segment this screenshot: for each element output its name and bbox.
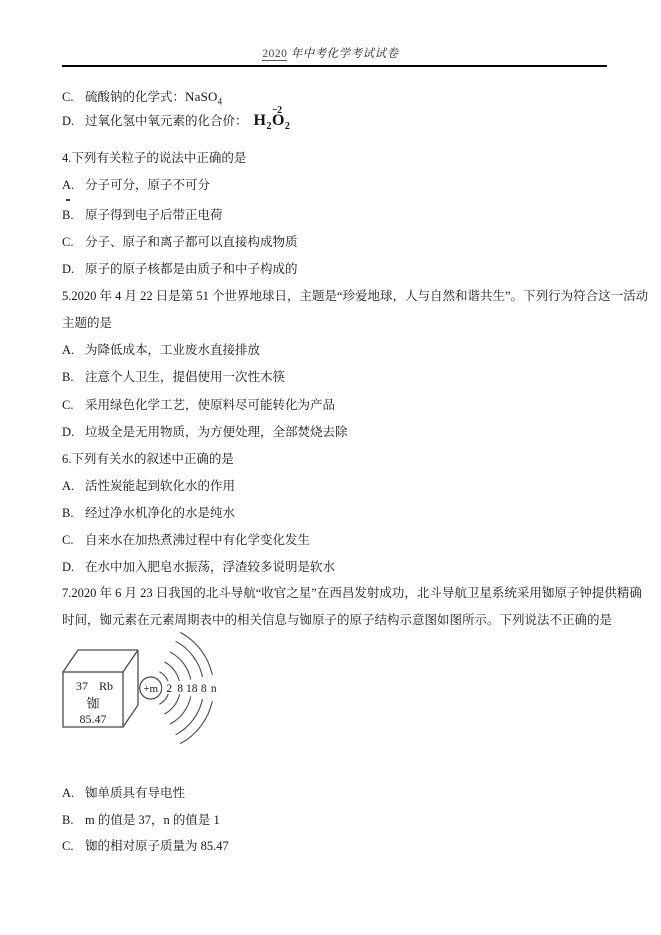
valence-label: −2: [272, 102, 282, 120]
shell-count-1: 2: [166, 683, 172, 695]
q5-stem-line1: 5.2020 年 4 月 22 日是第 51 个世界地球日，主题是“珍爱地球，人…: [62, 287, 648, 305]
q3-option-c: C.硫酸钠的化学式：NaSO4: [62, 88, 222, 111]
q6-option-b: B.经过净水机净化的水是纯水: [62, 504, 235, 522]
q4-stem: 4.下列有关粒子的说法中正确的是: [62, 149, 246, 167]
q6-option-d: D.在水中加入肥皂水振荡，浮渣较多说明是软水: [62, 558, 335, 576]
formula-naso4: NaSO4: [185, 89, 222, 104]
rubidium-atom-diagram: 37 Rb 铷 85.47 +m 2 8 18: [55, 628, 270, 778]
header-divider-rule: [62, 65, 607, 67]
atomic-mass: 85.47: [80, 712, 107, 726]
shell-count-2: 8: [177, 683, 183, 695]
formula-h2o2-with-valence: H2−2O2: [254, 112, 291, 129]
q3-option-d: D.过氧化氢中氧元素的化合价：H2−2O2: [62, 112, 290, 136]
shell-count-3: 18: [186, 683, 198, 695]
document-header-title: 2020 年中考化学考试试卷: [0, 45, 661, 61]
q5-option-a: A.为降低成本，工业废水直接排放: [62, 341, 260, 359]
shell-count-5: n: [211, 683, 217, 695]
nucleus-charge: +m: [143, 683, 158, 695]
element-symbol: Rb: [99, 679, 113, 693]
q6-option-c: C.自来水在加热煮沸过程中有化学变化发生: [62, 531, 310, 549]
q5-option-c: C.采用绿色化学工艺，使原料尽可能转化为产品: [62, 396, 335, 414]
q4-option-a: A.分子可分，原子不可分: [62, 176, 210, 194]
header-year: 2020: [262, 48, 287, 61]
q7-option-b: B.m 的值是 37，n 的值是 1: [62, 811, 220, 829]
q7-option-a: A.铷单质具有导电性: [62, 784, 185, 802]
q6-option-a: A.活性炭能起到软化水的作用: [62, 477, 235, 495]
q7-stem-line1: 7.2020 年 6 月 23 日我国的北斗导航“收官之星”在西昌发射成功，北斗…: [62, 584, 642, 602]
q4-option-d: D.原子的原子核都是由质子和中子构成的: [62, 260, 298, 278]
q5-option-d: D.垃圾全是无用物质，为方便处理，全部焚烧去除: [62, 423, 348, 441]
q7-stem-line2: 时间，铷元素在元素周期表中的相关信息与铷原子的原子结构示意图如图所示。下列说法不…: [62, 611, 612, 629]
q5-stem-line2: 主题的是: [62, 314, 112, 332]
q7-option-c: C.铷的相对原子质量为 85.47: [62, 837, 229, 855]
exam-document-page: 2020 年中考化学考试试卷 C.硫酸钠的化学式：NaSO4 D.过氧化氢中氧元…: [0, 0, 661, 935]
q4-option-c: C.分子、原子和离子都可以直接构成物质: [62, 233, 298, 251]
shell-electron-counts: 2 8 18 8 n: [162, 681, 221, 695]
q6-stem: 6.下列有关水的叙述中正确的是: [62, 450, 234, 468]
scan-artifact-dash: [66, 199, 70, 201]
atomic-number: 37: [76, 679, 88, 693]
q5-option-b: B.注意个人卫生，提倡使用一次性木筷: [62, 368, 285, 386]
shell-count-4: 8: [201, 683, 207, 695]
q4-option-b: B.原子得到电子后带正电荷: [62, 206, 223, 224]
element-name: 铷: [86, 696, 99, 711]
header-title-rest: 年中考化学考试试卷: [287, 48, 398, 60]
